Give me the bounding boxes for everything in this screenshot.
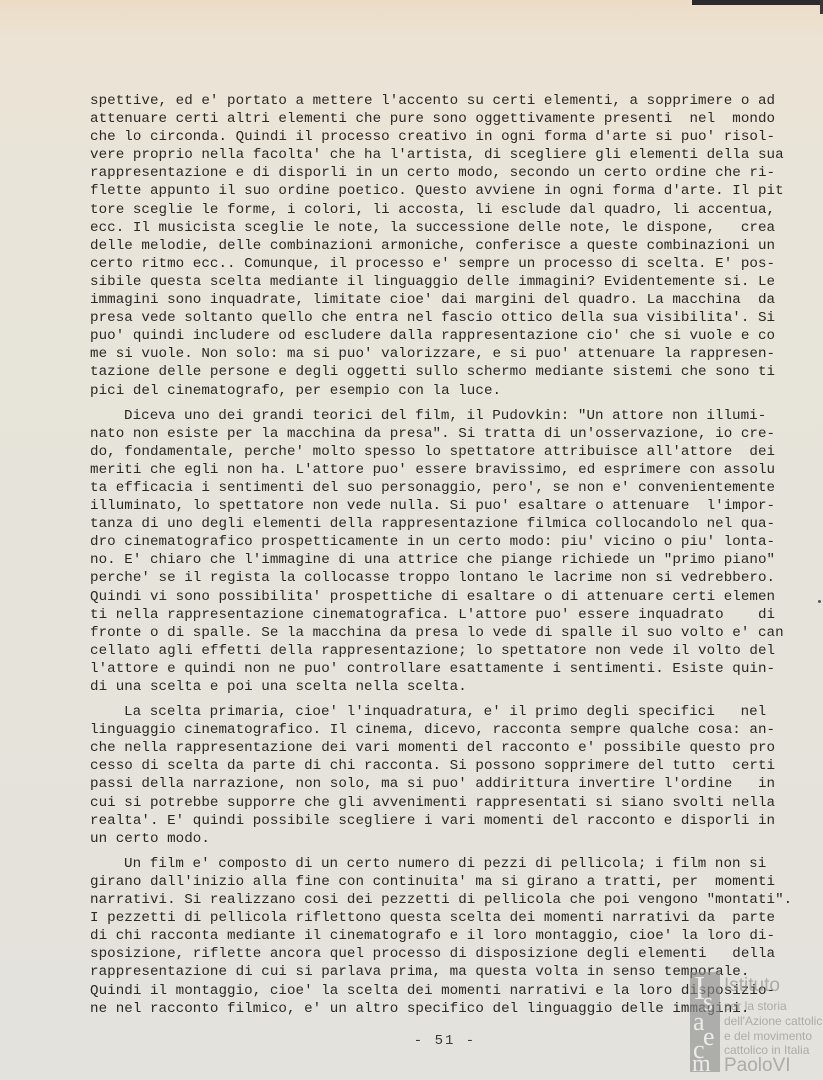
text-line: I pezzetti di pellicola riflettono quest… bbox=[90, 909, 798, 927]
text-line: ta efficacia i sentimenti del suo person… bbox=[90, 479, 798, 497]
page-number: - 51 - bbox=[390, 1033, 500, 1049]
text-line: Diceva uno dei grandi teorici del film, … bbox=[90, 407, 798, 425]
page-body: spettive, ed e' portato a mettere l'acce… bbox=[90, 92, 798, 1025]
logo-monogram-block: I s a e c m bbox=[690, 972, 720, 1072]
text-line: do, fondamentale, perche' molto spesso l… bbox=[90, 443, 798, 461]
paragraph: spettive, ed e' portato a mettere l'acce… bbox=[90, 92, 798, 400]
text-line: presa vede soltanto quello che entra nel… bbox=[90, 309, 798, 327]
logo-letter-m: m bbox=[692, 1054, 711, 1074]
logo-line-azione: dell'Azione cattolica bbox=[724, 1014, 823, 1028]
text-line: tanza di uno degli elementi della rappre… bbox=[90, 515, 798, 533]
watermark-logo: I s a e c m Istituto per la storia dell'… bbox=[690, 969, 823, 1079]
text-line: narrativi. Si realizzano cosi dei pezzet… bbox=[90, 891, 798, 909]
logo-line-paolo-vi: PaoloVI bbox=[724, 1055, 791, 1077]
text-line: passi della narrazione, non solo, ma si … bbox=[90, 775, 798, 793]
text-line: perche' se il regista la collocasse trop… bbox=[90, 569, 798, 587]
text-line: che lo circonda. Quindi il processo crea… bbox=[90, 128, 798, 146]
text-line: puo' quindi includere od escludere dalla… bbox=[90, 327, 798, 345]
text-line: girano dall'inizio alla fine con continu… bbox=[90, 873, 798, 891]
text-line: nato non esiste per la macchina da presa… bbox=[90, 425, 798, 443]
scan-edge-top bbox=[692, 0, 823, 5]
logo-line-movimento: e del movimento bbox=[724, 1029, 812, 1043]
text-line: La scelta primaria, cioe' l'inquadratura… bbox=[90, 703, 798, 721]
logo-line-storia: per la storia bbox=[724, 999, 787, 1013]
text-line: cui si potrebbe supporre che gli avvenim… bbox=[90, 794, 798, 812]
paragraph: Diceva uno dei grandi teorici del film, … bbox=[90, 407, 798, 697]
text-line: tore sceglie le forme, i colori, li acco… bbox=[90, 201, 798, 219]
paragraph: La scelta primaria, cioe' l'inquadratura… bbox=[90, 703, 798, 848]
text-line: sposizione, riflette ancora quel process… bbox=[90, 945, 798, 963]
text-line: vere proprio nella facolta' che ha l'art… bbox=[90, 146, 798, 164]
logo-letter-e: e bbox=[703, 1027, 715, 1047]
text-line: ecc. Il musicista sceglie le note, la su… bbox=[90, 219, 798, 237]
text-line: meriti che egli non ha. L'attore puo' es… bbox=[90, 461, 798, 479]
text-line: di una scelta e poi una scelta nella sce… bbox=[90, 678, 798, 696]
logo-line-istituto: Istituto bbox=[724, 975, 780, 997]
text-line: cellato agli effetti della rappresentazi… bbox=[90, 642, 798, 660]
text-line: ti nella rappresentazione cinematografic… bbox=[90, 606, 798, 624]
text-line: spettive, ed e' portato a mettere l'acce… bbox=[90, 92, 798, 110]
text-line: cesso di scelta da parte di chi racconta… bbox=[90, 757, 798, 775]
text-line: linguaggio cinematografico. Il cinema, d… bbox=[90, 721, 798, 739]
text-line: rappresentazione e di disporli in un cer… bbox=[90, 164, 798, 182]
text-line: un certo modo. bbox=[90, 830, 798, 848]
text-line: certo ritmo ecc.. Comunque, il processo … bbox=[90, 255, 798, 273]
text-line: me si vuole. Non solo: ma si puo' valori… bbox=[90, 345, 798, 363]
text-line: l'attore e quindi non ne puo' controllar… bbox=[90, 660, 798, 678]
text-line: Quindi vi sono possibilita' prospettiche… bbox=[90, 588, 798, 606]
text-line: immagini sono inquadrate, limitate cioe'… bbox=[90, 291, 798, 309]
text-line: attenuare certi altri elementi che pure … bbox=[90, 110, 798, 128]
text-line: fronte o di spalle. Se la macchina da pr… bbox=[90, 624, 798, 642]
text-line: dro cinematografico prospetticamente in … bbox=[90, 533, 798, 551]
text-line: tazione delle persone e degli oggetti su… bbox=[90, 363, 798, 381]
text-line: illuminato, lo spettatore non vede nulla… bbox=[90, 497, 798, 515]
text-line: delle melodie, delle combinazioni armoni… bbox=[90, 237, 798, 255]
scan-speck bbox=[818, 600, 821, 603]
text-line: pici del cinematografo, per esempio con … bbox=[90, 382, 798, 400]
text-line: che nella rappresentazione dei vari mome… bbox=[90, 739, 798, 757]
text-line: di chi racconta mediante il cinematograf… bbox=[90, 927, 798, 945]
text-line: realta'. E' quindi possibile scegliere i… bbox=[90, 812, 798, 830]
text-line: Un film e' composto di un certo numero d… bbox=[90, 855, 798, 873]
text-line: no. E' chiaro che l'immagine di una attr… bbox=[90, 551, 798, 569]
text-line: sibile questa scelta mediante il linguag… bbox=[90, 273, 798, 291]
text-line: flette appunto il suo ordine poetico. Qu… bbox=[90, 182, 798, 200]
